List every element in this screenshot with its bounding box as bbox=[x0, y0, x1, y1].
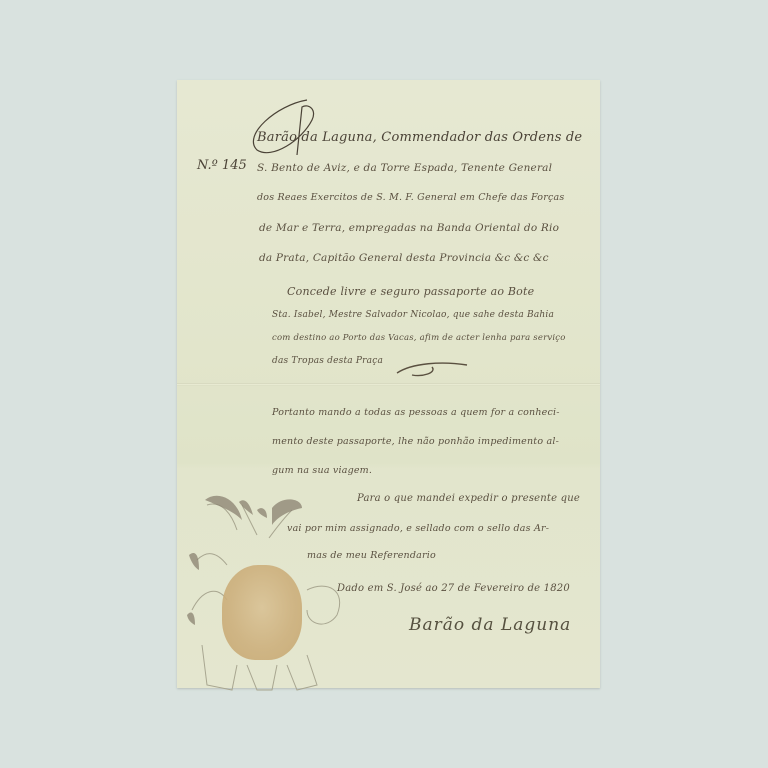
paper-fold bbox=[177, 383, 600, 386]
heading-line-4: de Mar e Terra, empregadas na Banda Orie… bbox=[259, 222, 559, 234]
signature: Barão da Laguna bbox=[409, 615, 571, 635]
paragraph-2-line-1: Portanto mando a todas as pessoas a quem… bbox=[272, 407, 560, 418]
heading-line-2: S. Bento de Aviz, e da Torre Espada, Ten… bbox=[257, 162, 552, 174]
paragraph-1-line-2: Sta. Isabel, Mestre Salvador Nicolao, qu… bbox=[272, 310, 554, 320]
paragraph-1-line-1: Concede livre e seguro passaporte ao Bot… bbox=[287, 285, 534, 298]
manuscript-document: N.º 145 Barão da Laguna, Commendador das… bbox=[177, 80, 600, 688]
document-number: N.º 145 bbox=[197, 158, 247, 173]
line-end-flourish-icon bbox=[392, 355, 472, 380]
heading-line-1: Barão da Laguna, Commendador das Ordens … bbox=[257, 130, 582, 145]
paper-seal bbox=[177, 480, 377, 705]
heading-line-5: da Prata, Capitão General desta Provinci… bbox=[259, 252, 549, 264]
paragraph-2-line-3: gum na sua viagem. bbox=[272, 465, 372, 476]
paragraph-2-line-2: mento deste passaporte, lhe não ponhão i… bbox=[272, 436, 559, 447]
paragraph-3-line-1: Para o que mandei expedir o presente que bbox=[357, 493, 580, 504]
wax-seal bbox=[222, 565, 302, 660]
paragraph-1-line-4: das Tropas desta Praça bbox=[272, 356, 383, 366]
paragraph-1-line-3: com destino ao Porto das Vacas, afim de … bbox=[272, 333, 566, 343]
heading-line-3: dos Reaes Exercitos de S. M. F. General … bbox=[257, 192, 564, 203]
